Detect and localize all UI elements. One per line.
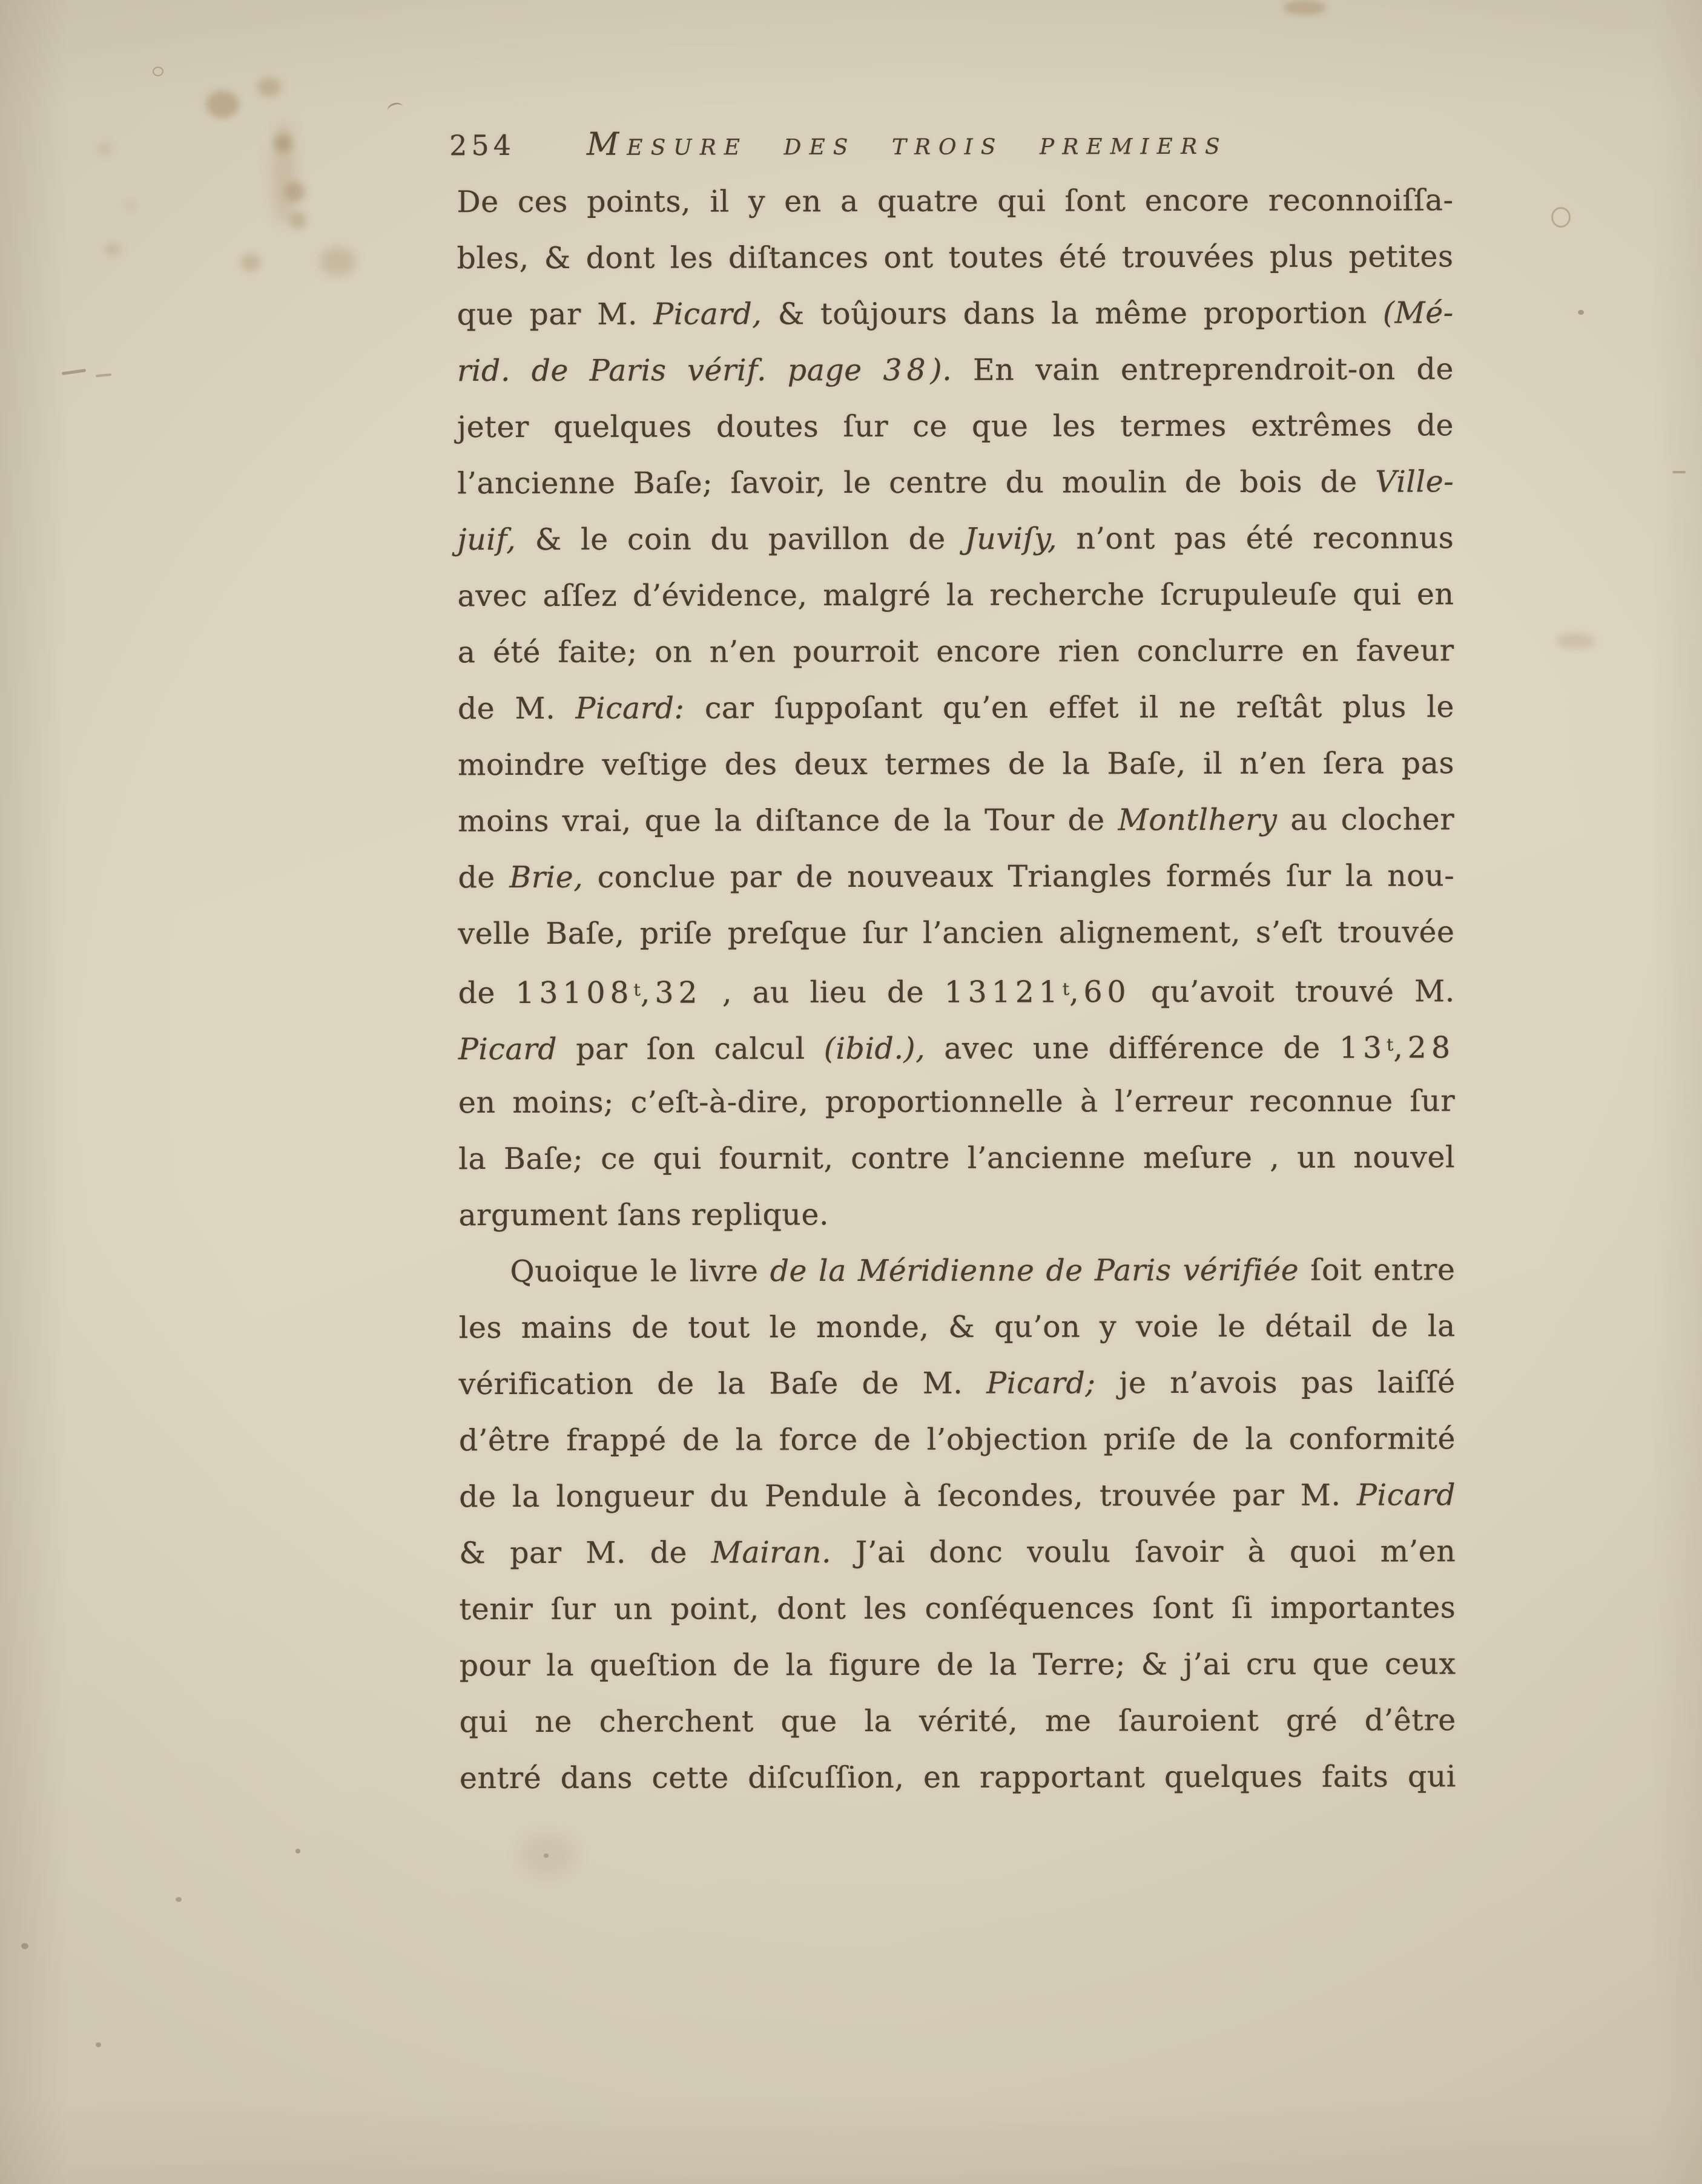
text-line: a été faite; on n’en pourroit encore rie… [458,622,1454,680]
text-line: & par M. de Mairan. J’ai donc voulu ſavo… [459,1523,1456,1581]
text-line: entré dans cette diſcuſſion, en rapporta… [460,1748,1456,1806]
text-line: de Brie, conclue par de nouveaux Triangl… [458,847,1454,906]
text-line: vérification de la Baſe de M. Picard; je… [459,1354,1456,1412]
text-line: bles, & dont les diſtances ont toutes ét… [457,228,1454,286]
text-line: moindre veſtige des deux termes de la Ba… [458,735,1454,793]
text-block: De ces points, il y en a quatre qui ſont… [457,172,1456,1806]
page-header: 254Mesure des trois premiers [449,125,1227,163]
text-line: en moins; c’eſt-à-dire, proportionnelle … [458,1073,1455,1131]
text-line: velle Baſe, priſe preſque ſur l’ancien a… [458,904,1454,962]
text-line: Quoique le livre de la Méridienne de Par… [458,1242,1455,1300]
text-line: de la longueur du Pendule à ſecondes, tr… [459,1467,1456,1525]
text-line: argument ſans replique. [458,1185,1455,1243]
text-line: tenir ſur un point, dont les conſéquence… [459,1579,1456,1637]
text-line: avec aſſez d’évidence, malgré la recherc… [457,566,1454,624]
page-number: 254 [449,129,515,162]
text-line: les mains de tout le monde, & qu’on y vo… [459,1298,1456,1356]
page-content: 254Mesure des trois premiers De ces poin… [0,0,1702,2184]
running-title: Mesure des trois premiers [587,125,1228,163]
text-line: qui ne cherchent que la vérité, me ſauro… [460,1692,1456,1750]
text-line: l’ancienne Baſe; ſavoir, le centre du mo… [457,453,1454,511]
text-line: la Baſe; ce qui fournit, contre l’ancien… [458,1129,1455,1187]
text-line: d’être frappé de la force de l’objection… [459,1410,1456,1469]
text-line: juif, & le coin du pavillon de Juviſy, n… [457,510,1454,568]
text-line: de 13108t,32 , au lieu de 13121t,60 qu’a… [458,960,1455,1018]
text-line: Picard par ſon calcul (ibid.), avec une … [458,1016,1455,1074]
book-page-scan: { "colors": { "paper": "#ded6c1", "ink":… [0,0,1702,2184]
text-line: De ces points, il y en a quatre qui ſont… [457,172,1453,230]
text-line: de M. Picard: car ſuppoſant qu’en effet … [458,679,1454,737]
text-line: jeter quelques doutes ſur ce que les ter… [457,397,1454,455]
text-line: pour la queſtion de la figure de la Terr… [460,1636,1456,1694]
text-line: rid. de Paris vérif. page 38). En vain e… [457,341,1454,399]
text-line: que par M. Picard, & toûjours dans la mê… [457,285,1454,343]
text-line: moins vrai, que la diſtance de la Tour d… [458,791,1454,849]
